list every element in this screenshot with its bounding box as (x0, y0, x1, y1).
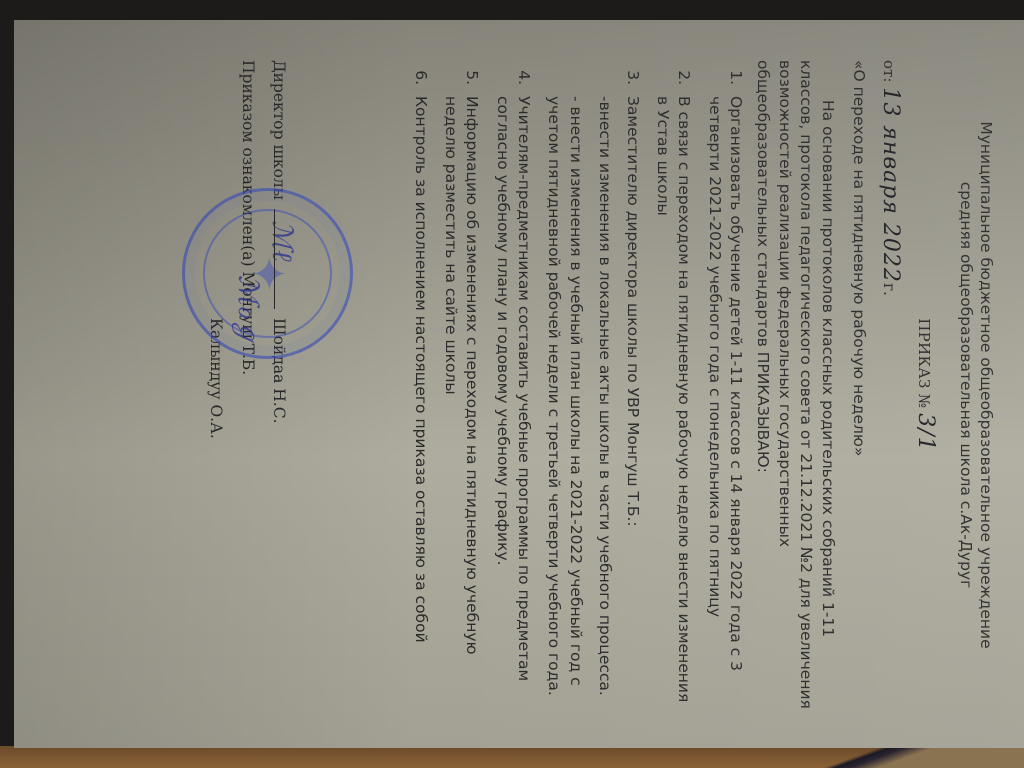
order-item: Информацию об изменениях с переходом на … (440, 90, 483, 710)
order-item: Контроль за исполнением настоящего прика… (409, 90, 430, 710)
order-subitem: -внести изменения в локальные акты школы… (594, 96, 615, 710)
order-title: ПРИКАЗ № 3/1 (909, 60, 939, 710)
acknowledgement-line: Приказом ознакомлен(а) Монгуш Т.Б. (237, 60, 258, 710)
order-item-text: В связи с переходом на пятидневную рабоч… (654, 96, 693, 702)
director-line: Директор школы Шойдаа Н.С. (268, 60, 289, 710)
order-item-text: Информацию об изменениях с переходом на … (442, 96, 481, 655)
date-label: от: (880, 60, 898, 82)
order-preamble: На основании протоколов классных родител… (752, 60, 838, 710)
date-suffix: г. (880, 283, 898, 296)
order-items: Организовать обучение детей 1-11 классов… (409, 60, 746, 710)
ack-name-2: Калындуу О.А. (205, 60, 226, 710)
order-date: от: 13 января 2022г. (875, 60, 905, 710)
org-line-2: средняя общеобразовательная школа с.Ак-Д… (956, 60, 976, 710)
organization-header: Муниципальное бюджетное общеобразователь… (956, 60, 996, 710)
ack-signature: ℳℴℊ (229, 275, 268, 346)
photo-frame: Муниципальное бюджетное общеобразователь… (14, 20, 1024, 748)
order-item: Заместителю директора школы по УВР Монгу… (543, 90, 643, 710)
director-signature: ℳℓ (263, 220, 302, 262)
order-item: Учителям-предметникам составить учебные … (491, 90, 534, 710)
order-item-text: Учителям-предметникам составить учебные … (494, 96, 533, 681)
signature-block: ✦ ℳℓ ℳℴℊ Директор школы Шойдаа Н.С. Прик… (205, 60, 289, 710)
order-item-text: Организовать обучение детей 1-11 классов… (706, 96, 745, 671)
order-item: Организовать обучение детей 1-11 классов… (703, 90, 746, 710)
order-number: 3/1 (913, 413, 938, 451)
org-line-1: Муниципальное бюджетное общеобразователь… (976, 60, 996, 710)
director-label: Директор школы (270, 60, 288, 200)
document-page: Муниципальное бюджетное общеобразователь… (14, 20, 1024, 748)
order-item-text: Контроль за исполнением настоящего прика… (412, 96, 430, 643)
order-item: В связи с переходом на пятидневную рабоч… (652, 90, 695, 710)
official-stamp: ✦ (182, 188, 353, 359)
order-subject: «О переходе на пятидневную рабочую недел… (848, 60, 869, 710)
order-label: ПРИКАЗ № (915, 318, 933, 408)
signature-line (274, 209, 275, 309)
order-subitem: - внести изменения в учебный план школы … (543, 96, 586, 710)
order-item-text: Заместителю директора школы по УВР Монгу… (624, 96, 642, 527)
date-handwritten: 13 января 2022 (878, 87, 903, 283)
